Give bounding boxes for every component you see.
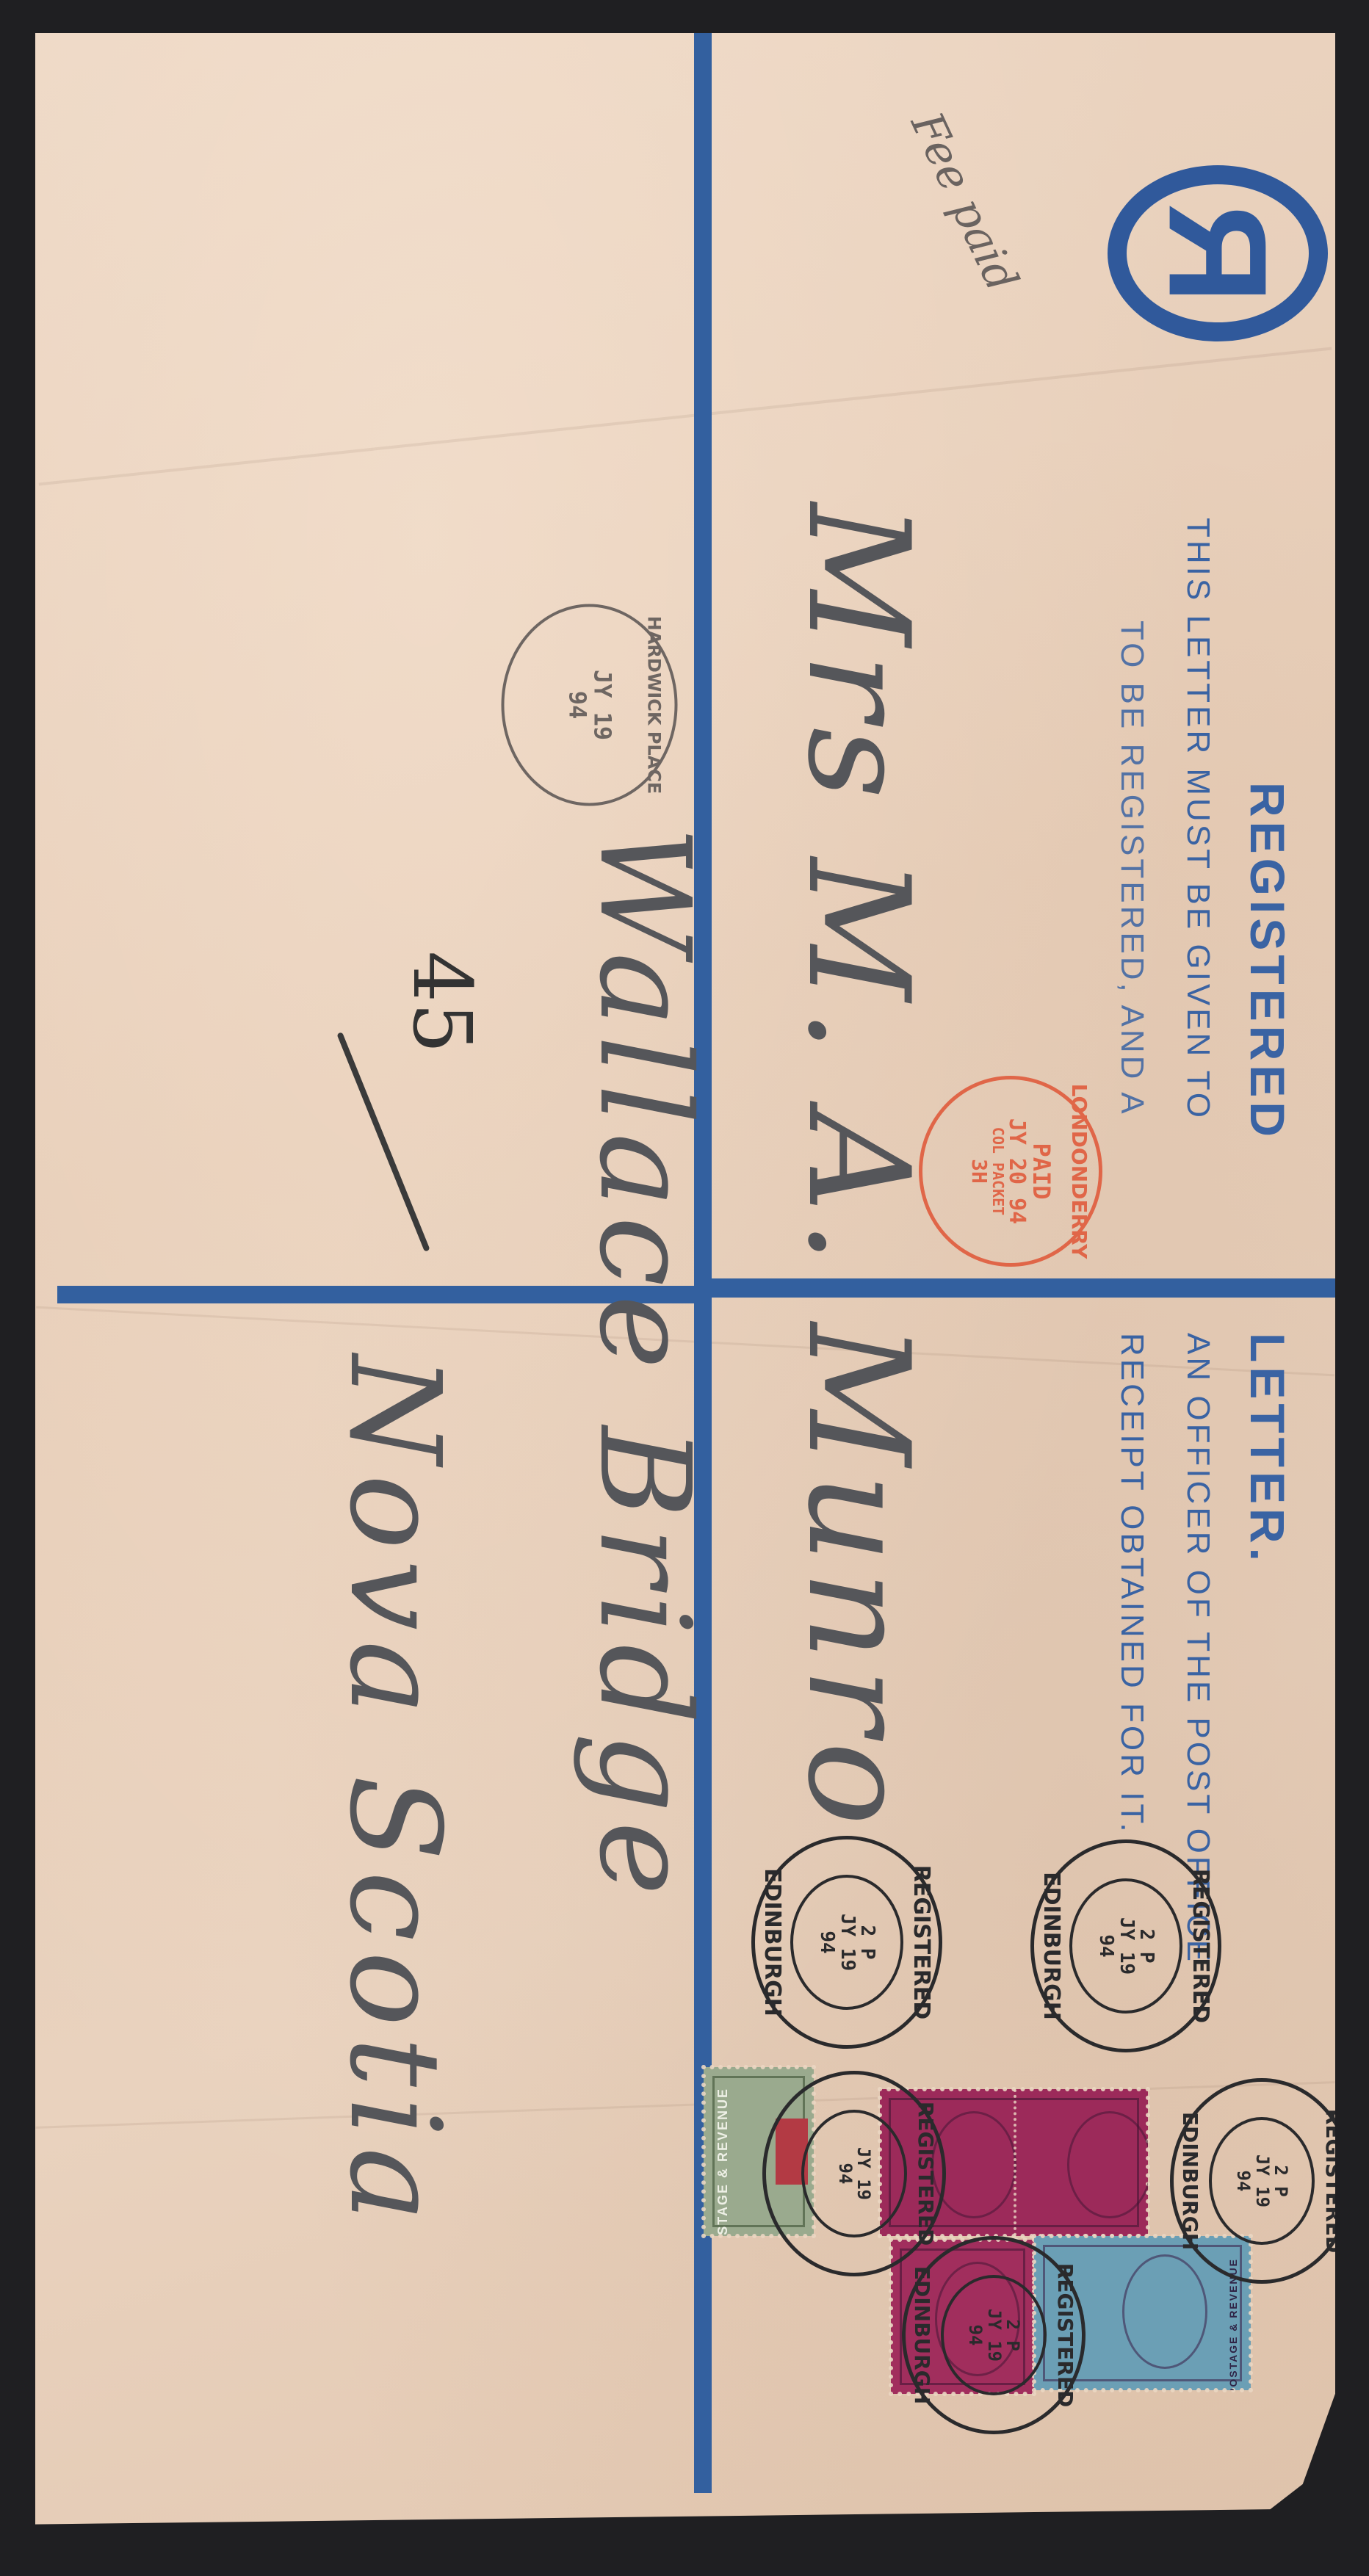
- postmark-ring-top: REGISTERED: [914, 2102, 938, 2246]
- address-line-name: Mrs M. A. Munro: [777, 503, 939, 1833]
- postmark-year: 94: [966, 2325, 984, 2346]
- postmark-year: 94: [836, 2163, 854, 2185]
- postmark-year: 94: [565, 691, 590, 720]
- postmark-date: JY 20 94: [1005, 1118, 1029, 1225]
- postmark-date: JY 19: [984, 2309, 1003, 2362]
- perforation: [1014, 2089, 1018, 2236]
- pencil-number: 45: [395, 951, 489, 1054]
- postmark-date: JY 19: [1252, 2154, 1271, 2207]
- postmark-date: JY 19: [1116, 1917, 1135, 1975]
- postmark-ring-top: REGISTERED: [1188, 1869, 1213, 2023]
- handwritten-fee-paid-note: Fee paid: [900, 104, 1027, 299]
- postmark-time: 2 P: [1003, 2319, 1022, 2351]
- postmark-ring-bottom: EDINBURGH: [1178, 2112, 1202, 2250]
- postmark-time: 2 P: [857, 1925, 877, 1960]
- postmark-time: 2 P: [1271, 2165, 1290, 2196]
- envelope: R REGISTERED LETTER. This Letter must be…: [35, 33, 1335, 2544]
- registration-r-logo: R: [1108, 165, 1328, 341]
- postmark-date: JY 19: [590, 670, 615, 740]
- postmark-ring-text: LONDONDERRY: [1067, 1084, 1091, 1259]
- pencil-stroke: [336, 1032, 430, 1252]
- postmark-registered-edinburgh: REGISTERED 2 P JY 19 94 EDINBURGH: [751, 1836, 942, 2049]
- postmark-ring-top: REGISTERED: [1321, 2109, 1345, 2253]
- postmark-time: 3H: [968, 1159, 989, 1184]
- postmark-year: 94: [817, 1931, 837, 1953]
- postmark-registered-edinburgh: REGISTERED 2 P JY 19 94 EDINBURGH: [1030, 1839, 1221, 2052]
- address-line-country: Nova Scotia: [322, 1355, 467, 2232]
- postmark-ring-bottom: EDINBURGH: [759, 1868, 785, 2016]
- instruction-line-3: to be Registered, and a: [1113, 621, 1150, 1117]
- crease: [39, 347, 1332, 486]
- postmark-registered-edinburgh: REGISTERED 2 P JY 19 94 EDINBURGH: [1170, 2078, 1354, 2284]
- address-line-town: Wallace Bridge: [571, 826, 717, 1904]
- registration-r-letter: R: [1148, 203, 1287, 303]
- postmark-year: 94: [1234, 2171, 1252, 2192]
- postmark-time: 2 P: [1136, 1929, 1156, 1964]
- postmark-ring-top: REGISTERED: [1053, 2263, 1077, 2407]
- instruction-line-1: This Letter must be given to: [1180, 518, 1216, 1121]
- postmark-date: JY 19: [837, 1914, 856, 1971]
- postmark-date: JY 19: [854, 2147, 873, 2200]
- postmark-registered-edinburgh: REGISTERED JY 19 94: [762, 2071, 946, 2276]
- postmark-packet: COL PACKET: [990, 1127, 1005, 1215]
- postmark-ring-bottom: EDINBURGH: [910, 2266, 934, 2404]
- postmark-londonderry-paid: LONDONDERRY PAID JY 20 94 COL PACKET 3H: [919, 1076, 1102, 1267]
- postmark-ring-bottom: EDINBURGH: [1039, 1872, 1064, 2020]
- postmark-registered-edinburgh: REGISTERED 2 P JY 19 94 EDINBURGH: [902, 2236, 1086, 2434]
- postmark-ring-text: HARDWICK PLACE: [644, 616, 665, 795]
- postmark-year: 94: [1096, 1934, 1116, 1957]
- heading-registered: REGISTERED: [1240, 782, 1296, 1141]
- postmark-hardwick-place: HARDWICK PLACE JY 19 94: [502, 604, 678, 806]
- postmark-ring-top: REGISTERED: [909, 1865, 934, 2019]
- postmark-paid: PAID: [1028, 1143, 1053, 1199]
- stamp-inscription: POSTAGE & REVENUE: [715, 2088, 731, 2236]
- instruction-line-4: Receipt obtained for it.: [1113, 1333, 1150, 1835]
- heading-letter: LETTER.: [1240, 1333, 1296, 1566]
